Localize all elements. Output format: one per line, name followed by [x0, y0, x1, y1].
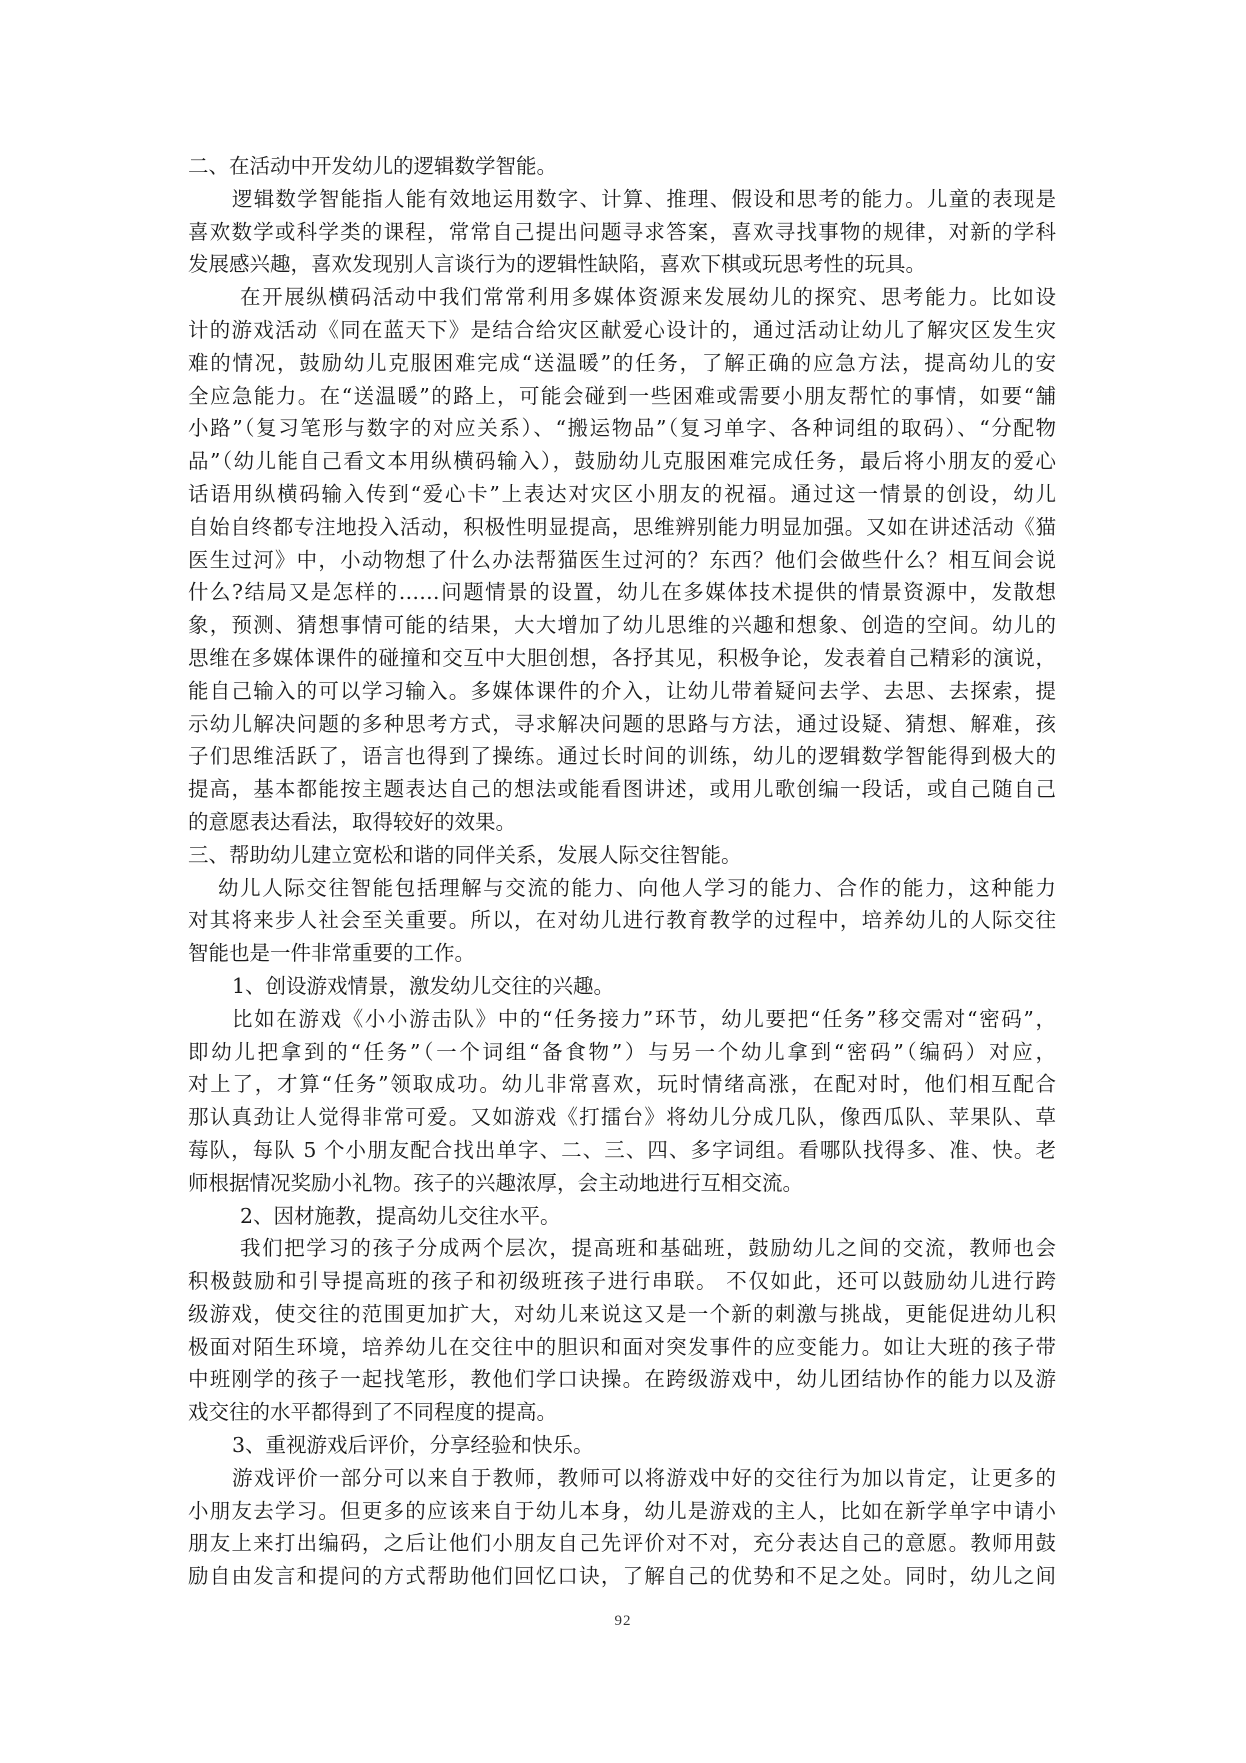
- paragraph-line: 话语用纵横码输入传到“爱心卡”上表达对灾区小朋友的祝福。通过这一情景的创设，幼儿: [188, 478, 1056, 511]
- subsection-heading-3: 3、重视游戏后评价，分享经验和快乐。: [188, 1429, 1056, 1462]
- paragraph-line: 小路”（复习笔形与数字的对应关系）、“搬运物品”（复习单字、各种词组的取码）、“…: [188, 412, 1056, 445]
- paragraph-line: 能自己输入的可以学习输入。多媒体课件的介入，让幼儿带着疑问去学、去思、去探索，提: [188, 675, 1056, 708]
- paragraph-line: 的意愿表达看法，取得较好的效果。: [188, 806, 1056, 839]
- paragraph-line: 提高，基本都能按主题表达自己的想法或能看图讲述，或用儿歌创编一段话，或自己随自己: [188, 773, 1056, 806]
- paragraph-line: 励自由发言和提问的方式帮助他们回忆口诀，了解自己的优势和不足之处。同时，幼儿之间: [188, 1560, 1056, 1593]
- paragraph-line: 积极鼓励和引导提高班的孩子和初级班孩子进行串联。 不仅如此，还可以鼓励幼儿进行跨: [188, 1265, 1056, 1298]
- paragraph-line: 子们思维活跃了，语言也得到了操练。通过长时间的训练，幼儿的逻辑数学智能得到极大的: [188, 740, 1056, 773]
- paragraph-line: 难的情况，鼓励幼儿克服困难完成“送温暖”的任务，了解正确的应急方法，提高幼儿的安: [188, 347, 1056, 380]
- paragraph-line: 莓队，每队 5 个小朋友配合找出单字、二、三、四、多字词组。看哪队找得多、准、快…: [188, 1134, 1056, 1167]
- paragraph-line: 计的游戏活动《同在蓝天下》是结合给灾区献爱心设计的，通过活动让幼儿了解灾区发生灾: [188, 314, 1056, 347]
- paragraph-line: 思维在多媒体课件的碰撞和交互中大胆创想，各抒其见，积极争论，发表着自己精彩的演说…: [188, 642, 1056, 675]
- paragraph-line: 什么?结局又是怎样的……问题情景的设置，幼儿在多媒体技术提供的情景资源中，发散想: [188, 576, 1056, 609]
- body-text: 二、在活动中开发幼儿的逻辑数学智能。 逻辑数学智能指人能有效地运用数字、计算、推…: [188, 150, 1056, 1593]
- paragraph-line: 小朋友去学习。但更多的应该来自于幼儿本身，幼儿是游戏的主人，比如在新学单字中请小: [188, 1495, 1056, 1528]
- paragraph-line: 朋友上来打出编码，之后让他们小朋友自己先评价对不对，充分表达自己的意愿。教师用鼓: [188, 1527, 1056, 1560]
- section-heading-2: 二、在活动中开发幼儿的逻辑数学智能。: [188, 150, 1056, 183]
- paragraph-line: 自始自终都专注地投入活动，积极性明显提高，思维辨别能力明显加强。又如在讲述活动《…: [188, 511, 1056, 544]
- document-page: 二、在活动中开发幼儿的逻辑数学智能。 逻辑数学智能指人能有效地运用数字、计算、推…: [0, 0, 1246, 1763]
- paragraph-line: 对其将来步人社会至关重要。所以，在对幼儿进行教育教学的过程中，培养幼儿的人际交往: [188, 904, 1056, 937]
- paragraph-line: 喜欢数学或科学类的课程，常常自己提出问题寻求答案，喜欢寻找事物的规律，对新的学科: [188, 216, 1056, 249]
- paragraph-line: 级游戏，使交往的范围更加扩大，对幼儿来说这又是一个新的刺激与挑战，更能促进幼儿积: [188, 1298, 1056, 1331]
- paragraph-line: 比如在游戏《小小游击队》中的“任务接力”环节，幼儿要把“任务”移交需对“密码”，: [188, 1003, 1056, 1036]
- paragraph-line: 那认真劲让人觉得非常可爱。又如游戏《打擂台》将幼儿分成几队，像西瓜队、苹果队、草: [188, 1101, 1056, 1134]
- paragraph-line: 医生过河》中，小动物想了什么办法帮猫医生过河的？东西？他们会做些什么？相互间会说: [188, 544, 1056, 577]
- page-number: 92: [0, 1613, 1246, 1630]
- paragraph-line: 品”（幼儿能自己看文本用纵横码输入），鼓励幼儿克服困难完成任务，最后将小朋友的爱…: [188, 445, 1056, 478]
- paragraph-line: 对上了，才算“任务”领取成功。幼儿非常喜欢，玩时情绪高涨，在配对时，他们相互配合: [188, 1068, 1056, 1101]
- paragraph-line: 游戏评价一部分可以来自于教师，教师可以将游戏中好的交往行为加以肯定，让更多的: [188, 1462, 1056, 1495]
- paragraph-line: 智能也是一件非常重要的工作。: [188, 937, 1056, 970]
- paragraph-line: 即幼儿把拿到的“任务”（一个词组“备食物”）与另一个幼儿拿到“密码”（编码）对应…: [188, 1036, 1056, 1069]
- paragraph-line: 在开展纵横码活动中我们常常利用多媒体资源来发展幼儿的探究、思考能力。比如设: [188, 281, 1056, 314]
- paragraph-line: 幼儿人际交往智能包括理解与交流的能力、向他人学习的能力、合作的能力，这种能力: [188, 872, 1056, 905]
- section-heading-3: 三、帮助幼儿建立宽松和谐的同伴关系，发展人际交往智能。: [188, 839, 1056, 872]
- paragraph-line: 全应急能力。在“送温暖”的路上，可能会碰到一些困难或需要小朋友帮忙的事情，如要“…: [188, 380, 1056, 413]
- paragraph-line: 象，预测、猜想事情可能的结果，大大增加了幼儿思维的兴趣和想象、创造的空间。幼儿的: [188, 609, 1056, 642]
- paragraph-line: 戏交往的水平都得到了不同程度的提高。: [188, 1396, 1056, 1429]
- subsection-heading-2: 2、因材施教，提高幼儿交往水平。: [188, 1200, 1056, 1233]
- paragraph-line: 我们把学习的孩子分成两个层次，提高班和基础班，鼓励幼儿之间的交流，教师也会: [188, 1232, 1056, 1265]
- paragraph-line: 示幼儿解决问题的多种思考方式，寻求解决问题的思路与方法，通过设疑、猜想、解难，孩: [188, 708, 1056, 741]
- paragraph-line: 中班刚学的孩子一起找笔形，教他们学口诀操。在跨级游戏中，幼儿团结协作的能力以及游: [188, 1363, 1056, 1396]
- paragraph-line: 逻辑数学智能指人能有效地运用数字、计算、推理、假设和思考的能力。儿童的表现是: [188, 183, 1056, 216]
- paragraph-line: 发展感兴趣，喜欢发现别人言谈行为的逻辑性缺陷，喜欢下棋或玩思考性的玩具。: [188, 248, 1056, 281]
- paragraph-line: 师根据情况奖励小礼物。孩子的兴趣浓厚，会主动地进行互相交流。: [188, 1167, 1056, 1200]
- paragraph-line: 极面对陌生环境，培养幼儿在交往中的胆识和面对突发事件的应变能力。如让大班的孩子带: [188, 1331, 1056, 1364]
- subsection-heading-1: 1、创设游戏情景，激发幼儿交往的兴趣。: [188, 970, 1056, 1003]
